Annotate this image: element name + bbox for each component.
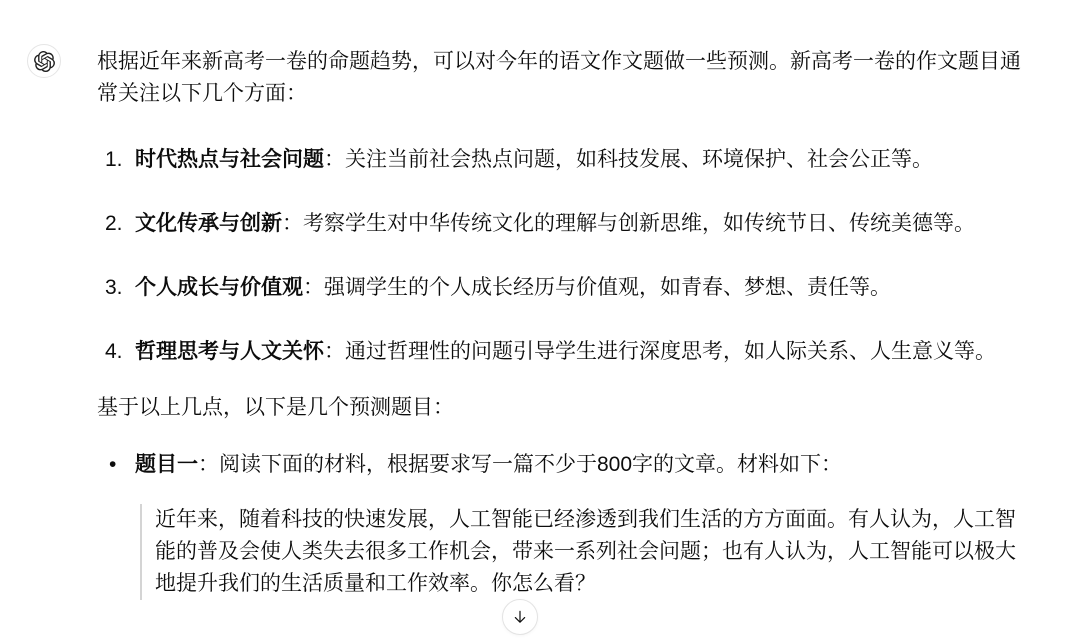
assistant-message: 根据近年来新高考一卷的命题趋势，可以对今年的语文作文题做一些预测。新高考一卷的作… — [97, 46, 1027, 600]
list-item-description: ：阅读下面的材料，根据要求写一篇不少于800字的文章。材料如下： — [198, 453, 842, 476]
list-item-number: 2. — [105, 208, 135, 240]
list-item-description: ：考察学生对中华传统文化的理解与创新思维，如传统节日、传统美德等。 — [282, 212, 975, 235]
chat-screen: 根据近年来新高考一卷的命题趋势，可以对今年的语文作文题做一些预测。新高考一卷的作… — [0, 0, 1080, 641]
list-item-term: 文化传承与创新 — [135, 212, 282, 235]
list-item-term: 时代热点与社会问题 — [135, 148, 324, 171]
openai-logo-icon — [34, 51, 55, 72]
list-item-text: 个人成长与价值观：强调学生的个人成长经历与价值观，如青春、梦想、责任等。 — [135, 272, 1027, 304]
down-arrow-icon — [511, 608, 529, 626]
list-item: 4. 哲理思考与人文关怀：通过哲理性的问题引导学生进行深度思考，如人际关系、人生… — [105, 336, 1027, 368]
list-item-text: 时代热点与社会问题：关注当前社会热点问题，如科技发展、环境保护、社会公正等。 — [135, 144, 1027, 176]
list-item-description: ：通过哲理性的问题引导学生进行深度思考，如人际关系、人生意义等。 — [324, 340, 996, 363]
essay-material-quote: 近年来，随着科技的快速发展，人工智能已经渗透到我们生活的方方面面。有人认为，人工… — [140, 504, 1027, 600]
list-item-number: 1. — [105, 144, 135, 176]
list-item-term: 题目一 — [135, 453, 198, 476]
list-item-number: 3. — [105, 272, 135, 304]
intro-paragraph: 根据近年来新高考一卷的命题趋势，可以对今年的语文作文题做一些预测。新高考一卷的作… — [97, 46, 1027, 110]
scroll-to-bottom-button[interactable] — [502, 599, 538, 635]
list-item-text: 题目一：阅读下面的材料，根据要求写一篇不少于800字的文章。材料如下： — [135, 449, 1027, 481]
list-item: 3. 个人成长与价值观：强调学生的个人成长经历与价值观，如青春、梦想、责任等。 — [105, 272, 1027, 304]
predicted-topics-list: • 题目一：阅读下面的材料，根据要求写一篇不少于800字的文章。材料如下： — [97, 449, 1027, 481]
list-item: • 题目一：阅读下面的材料，根据要求写一篇不少于800字的文章。材料如下： — [105, 449, 1027, 481]
list-item-description: ：关注当前社会热点问题，如科技发展、环境保护、社会公正等。 — [324, 148, 933, 171]
follow-up-paragraph: 基于以上几点，以下是几个预测题目： — [97, 392, 1027, 424]
prediction-aspects-list: 1. 时代热点与社会问题：关注当前社会热点问题，如科技发展、环境保护、社会公正等… — [97, 144, 1027, 368]
list-item: 1. 时代热点与社会问题：关注当前社会热点问题，如科技发展、环境保护、社会公正等… — [105, 144, 1027, 176]
list-item: 2. 文化传承与创新：考察学生对中华传统文化的理解与创新思维，如传统节日、传统美… — [105, 208, 1027, 240]
list-item-number: 4. — [105, 336, 135, 368]
assistant-avatar — [27, 44, 61, 78]
bullet-marker: • — [105, 449, 135, 481]
list-item-term: 哲理思考与人文关怀 — [135, 340, 324, 363]
list-item-text: 哲理思考与人文关怀：通过哲理性的问题引导学生进行深度思考，如人际关系、人生意义等… — [135, 336, 1027, 368]
list-item-text: 文化传承与创新：考察学生对中华传统文化的理解与创新思维，如传统节日、传统美德等。 — [135, 208, 1027, 240]
list-item-term: 个人成长与价值观 — [135, 276, 303, 299]
list-item-description: ：强调学生的个人成长经历与价值观，如青春、梦想、责任等。 — [303, 276, 891, 299]
